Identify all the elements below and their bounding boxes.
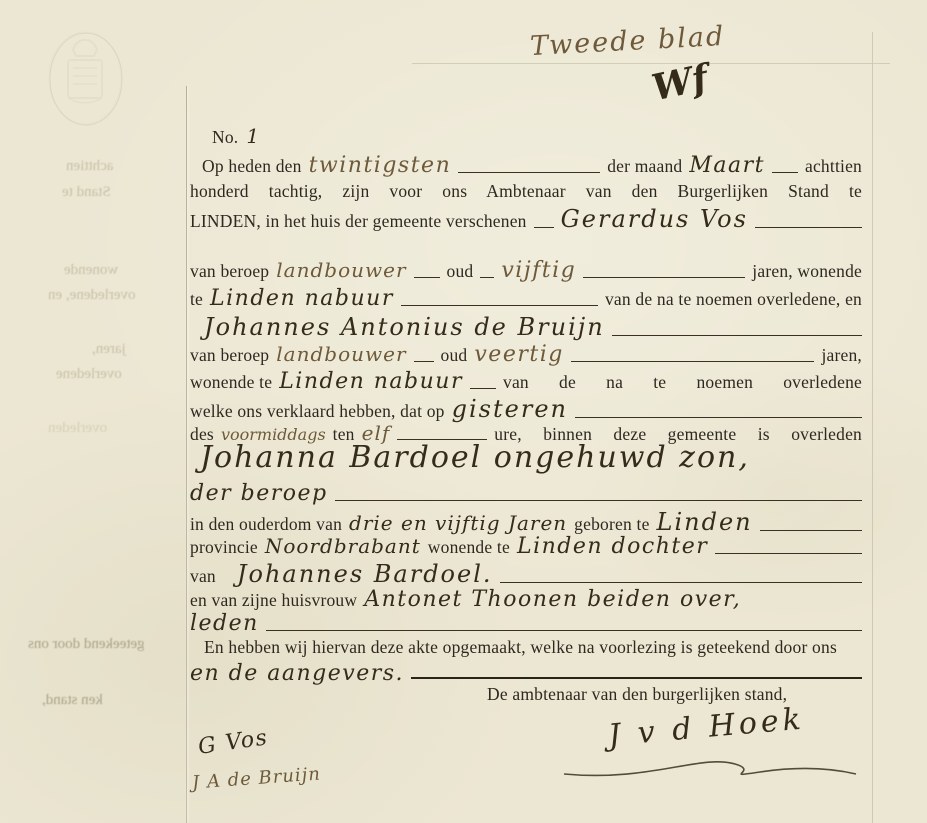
fill-stroke [715,553,862,554]
deceased-age: drie en vijftig Jaren [349,511,567,535]
declarant2-occupation-line: van beroep landbouwer oud veertig jaren, [190,342,862,367]
declarant1-occupation-line: van beroep landbouwer oud vijftig jaren,… [190,258,862,283]
declaration-date-line: welke ons verklaard hebben, dat op giste… [190,395,862,423]
death-certificate-page: achttien Stand te wonende overledene, en… [0,0,927,823]
deceased-residence: Linden dochter [517,534,708,559]
declarant1-age: vijftig [501,258,576,283]
bleed-through-text: overleden [48,420,107,437]
declarant1-signature: G Vos [197,725,270,760]
bleed-through-text: geteekend door ons [28,636,145,653]
fill-stroke [335,500,862,501]
bleed-through-text: wonende [64,262,118,279]
header-rule [412,63,890,64]
printed-text: geboren te [574,514,649,535]
addendum-handwritten: en de aangevers. [190,661,404,686]
printed-text: jaren, [821,345,862,366]
month-handwritten: Maart [689,153,765,178]
printed-text: van de na te noemen overledene, en [605,289,862,310]
appearance-line: LINDEN, in het huis der gemeente versche… [190,205,862,233]
fill-stroke [612,335,862,336]
deceased-name-cont: der beroep [190,481,328,506]
printed-text: en van zijne huisvrouw [190,590,357,611]
fill-stroke [534,227,554,228]
signature-flourish [560,748,860,787]
closing-addendum-line: en de aangevers. [190,661,862,686]
declarant1-residence: Linden nabuur [210,286,394,311]
printed-text: honderd tachtig, zijn voor ons Ambtenaar… [190,181,862,202]
fill-stroke [575,417,862,418]
fill-stroke [583,277,745,278]
bleed-through-text: Stand te [62,184,111,201]
declarant1-residence-line: te Linden nabuur van de na te noemen ove… [190,286,862,311]
mother-line: en van zijne huisvrouw Antonet Thoonen b… [190,587,862,612]
printed-text: oud [447,261,474,282]
printed-text: achttien [805,156,862,177]
declarant1-occupation: landbouwer [276,258,406,282]
closing-statement: En hebben wij hiervan deze akte opgemaak… [204,637,864,658]
printed-text: LINDEN, in het huis der gemeente versche… [190,211,527,232]
printed-text: provincie [190,537,258,558]
father-name: Johannes Bardoel. [237,560,493,588]
page-edge-line [186,86,187,823]
declarant2-age: veertig [474,342,563,367]
act-number: No. 1 [212,124,260,148]
declarant2-residence: Linden nabuur [279,369,463,394]
day-handwritten: twintigsten [309,153,452,178]
declarant2-occupation: landbouwer [276,342,406,366]
printed-text: te [190,289,203,310]
mother-line-continuation: leden [190,611,862,636]
death-day-handwritten: gisteren [452,395,568,423]
fill-stroke [772,172,798,173]
embossed-seal-icon [46,28,124,128]
mother-name: Antonet Thoonen beiden over, [364,587,741,612]
mother-name-cont: leden [190,611,259,636]
sheet-title: Tweede blad [529,21,726,62]
printed-text: van de na te noemen overledene [503,372,862,393]
printed-text: Op heden den [202,156,302,177]
printed-text: oud [441,345,468,366]
deceased-name-continuation: der beroep [190,481,862,506]
fill-stroke [470,388,496,389]
fill-stroke [401,305,598,306]
bleed-through-text: jaren, [92,341,126,358]
declarant2-name-line: Johannes Antonius de Bruijn [190,313,862,341]
fill-stroke [571,361,815,362]
bleed-through-text: achttien [66,158,113,175]
declarant2-residence-line: wonende te Linden nabuur van de na te no… [190,369,862,394]
deceased-name: Johanna Bardoel ongehuwd zon, [200,440,870,475]
fill-stroke [480,277,494,278]
printed-text: jaren, wonende [752,261,862,282]
fill-stroke [755,227,862,228]
printed-text: welke ons verklaard hebben, dat op [190,401,445,422]
fill-stroke [414,361,434,362]
father-line: van Johannes Bardoel. [190,560,862,588]
official-title: De ambtenaar van den burgerlijken stand, [487,684,787,705]
date-line: Op heden den twintigsten der maand Maart… [190,153,862,178]
fill-stroke [266,630,862,631]
page-fold-line [872,32,873,823]
printed-text: van beroep [190,345,269,366]
deceased-province: Noordbrabant [265,534,421,558]
act-number-label: No. [212,127,238,148]
deceased-age-line: in den ouderdom van drie en vijftig Jare… [190,508,862,536]
bleed-through-text: overledene, en [48,287,135,304]
clerk-initials: Wf [648,57,711,110]
bleed-through-text: overledene [56,366,122,383]
printed-text: van beroep [190,261,269,282]
fill-stroke [414,277,440,278]
declarant2-name: Johannes Antonius de Bruijn [204,313,605,341]
fill-stroke [500,582,862,583]
printed-text: der maand [607,156,682,177]
act-number-value: 1 [246,124,260,148]
bleed-through-text: ken stand, [42,692,103,709]
fill-stroke [411,677,862,679]
printed-text: wonende te [428,537,510,558]
printed-text: wonende te [190,372,272,393]
deceased-birthplace: Linden [657,508,753,536]
printed-text: van [190,566,216,587]
fill-stroke [458,172,600,173]
official-signature: J v d Hoek [607,701,806,753]
fill-stroke [760,530,862,531]
printed-text: in den ouderdom van [190,514,342,535]
declarant1-name: Gerardus Vos [561,205,748,233]
declarant2-signature: J A de Bruijn [191,764,321,794]
deceased-province-line: provincie Noordbrabant wonende te Linden… [190,534,862,559]
